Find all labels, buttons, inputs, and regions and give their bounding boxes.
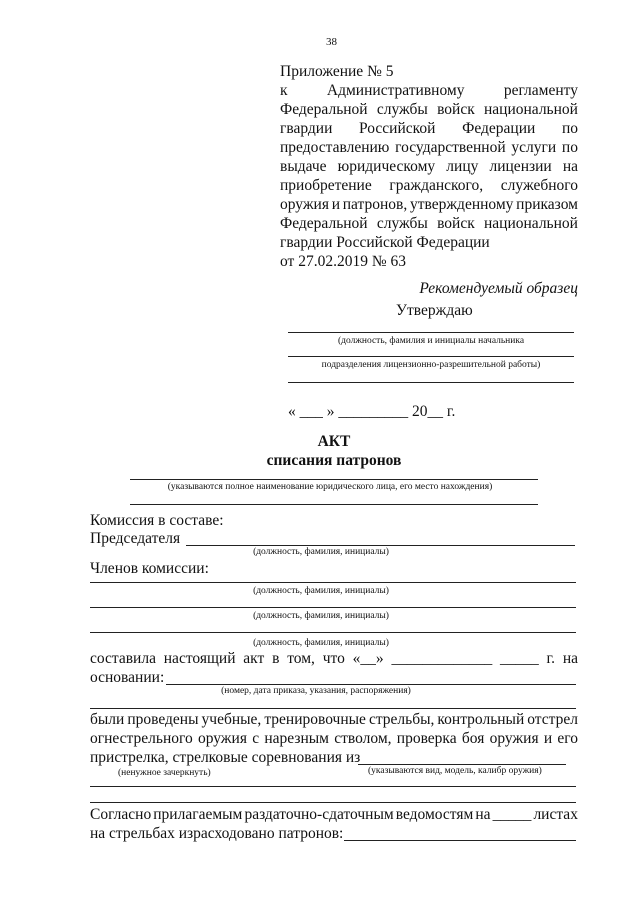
weapon-hint: (указываются вид, модель, калибр оружия) xyxy=(368,766,542,776)
appendix-line-8: Федеральнойслужбывойскнациональной xyxy=(280,215,578,233)
paragraph1-line-3: пристрелка, стрелковые соревнования из xyxy=(90,749,360,767)
approve-hint-2: подразделения лицензионно-разрешительной… xyxy=(288,360,574,370)
appendix-line-6: приобретениегражданского,служебного xyxy=(280,177,578,195)
chairman-line[interactable] xyxy=(186,545,575,546)
org-line-2[interactable] xyxy=(130,504,538,505)
composed-line: составиланастоящийактвтом,что«__»_______… xyxy=(90,650,578,668)
month-field[interactable]: _____________ xyxy=(391,650,492,668)
appendix-line-3: гвардииРоссийскойФедерациипо xyxy=(280,120,578,138)
commission-label: Комиссия в составе: xyxy=(90,512,224,530)
sheets-count-field[interactable]: _____ xyxy=(493,806,532,824)
weapon-line-3[interactable] xyxy=(90,802,576,803)
appendix-line-9: гвардии Российской Федерации xyxy=(280,234,490,252)
basis-line[interactable] xyxy=(166,684,576,685)
chairman-label: Председателя xyxy=(90,530,180,548)
basis-label: основании: xyxy=(90,669,164,687)
cartridges-line[interactable] xyxy=(344,840,576,841)
member-hint-2: (должность, фамилия, инициалы) xyxy=(186,611,456,621)
approve-line-3[interactable] xyxy=(288,382,574,383)
appendix-line-4: предоставлениюгосударственнойуслугипо xyxy=(280,139,578,157)
act-title: АКТ xyxy=(0,433,640,451)
member-hint-1: (должность, фамилия, инициалы) xyxy=(186,586,456,596)
approve-hint-1: (должность, фамилия и инициалы начальник… xyxy=(288,336,574,346)
members-label: Членов комиссии: xyxy=(90,560,209,578)
member-line-1[interactable] xyxy=(90,582,576,583)
approve-label: Утверждаю xyxy=(396,302,473,320)
basis-hint: (номер, дата приказа, указания, распоряж… xyxy=(166,686,466,696)
chairman-hint: (должность, фамилия, инициалы) xyxy=(186,547,456,557)
appendix-line-1: кАдминистративномурегламенту xyxy=(280,82,578,100)
recommended-sample-label: Рекомендуемый образец xyxy=(419,280,578,298)
member-line-2[interactable] xyxy=(90,607,576,608)
member-hint-3: (должность, фамилия, инициалы) xyxy=(186,638,456,648)
appendix-line-7: оружияипатронов,утвержденномуприказом xyxy=(280,196,578,214)
approve-line-1[interactable] xyxy=(288,332,574,333)
strike-hint: (ненужное зачеркнуть) xyxy=(118,768,211,778)
act-subtitle: списания патронов xyxy=(0,452,640,470)
appendix-line-5: выдачеюридическомулицулицензиина xyxy=(280,158,578,176)
approve-date-field[interactable]: « ___ » _________ 20__ г. xyxy=(288,403,455,421)
paragraph1-line-2: огнестрельногооружияснарезнымстволом,про… xyxy=(90,730,578,748)
paragraph2-line-2: на стрельбах израсходовано патронов: xyxy=(90,825,343,843)
weapon-line-2[interactable] xyxy=(90,786,576,787)
year-field[interactable]: _____ xyxy=(500,650,539,668)
page-number: 38 xyxy=(326,36,337,48)
appendix-date: от 27.02.2019 № 63 xyxy=(280,253,406,271)
appendix-title: Приложение № 5 xyxy=(280,63,393,81)
paragraph1-line-1: былипроведеныучебные,тренировочныестрель… xyxy=(90,711,578,729)
appendix-line-2: Федеральнойслужбывойскнациональной xyxy=(280,101,578,119)
weapon-line[interactable] xyxy=(358,764,566,765)
approve-line-2[interactable] xyxy=(288,356,574,357)
day-field[interactable]: «__» xyxy=(353,650,384,668)
member-line-3[interactable] xyxy=(90,632,576,633)
org-line-1[interactable] xyxy=(130,479,538,480)
org-hint: (указываются полное наименование юридиче… xyxy=(100,482,560,492)
basis-line-2[interactable] xyxy=(90,708,576,709)
paragraph2-line-1: Согласноприлагаемымраздаточно-сдаточнымв… xyxy=(90,806,578,824)
